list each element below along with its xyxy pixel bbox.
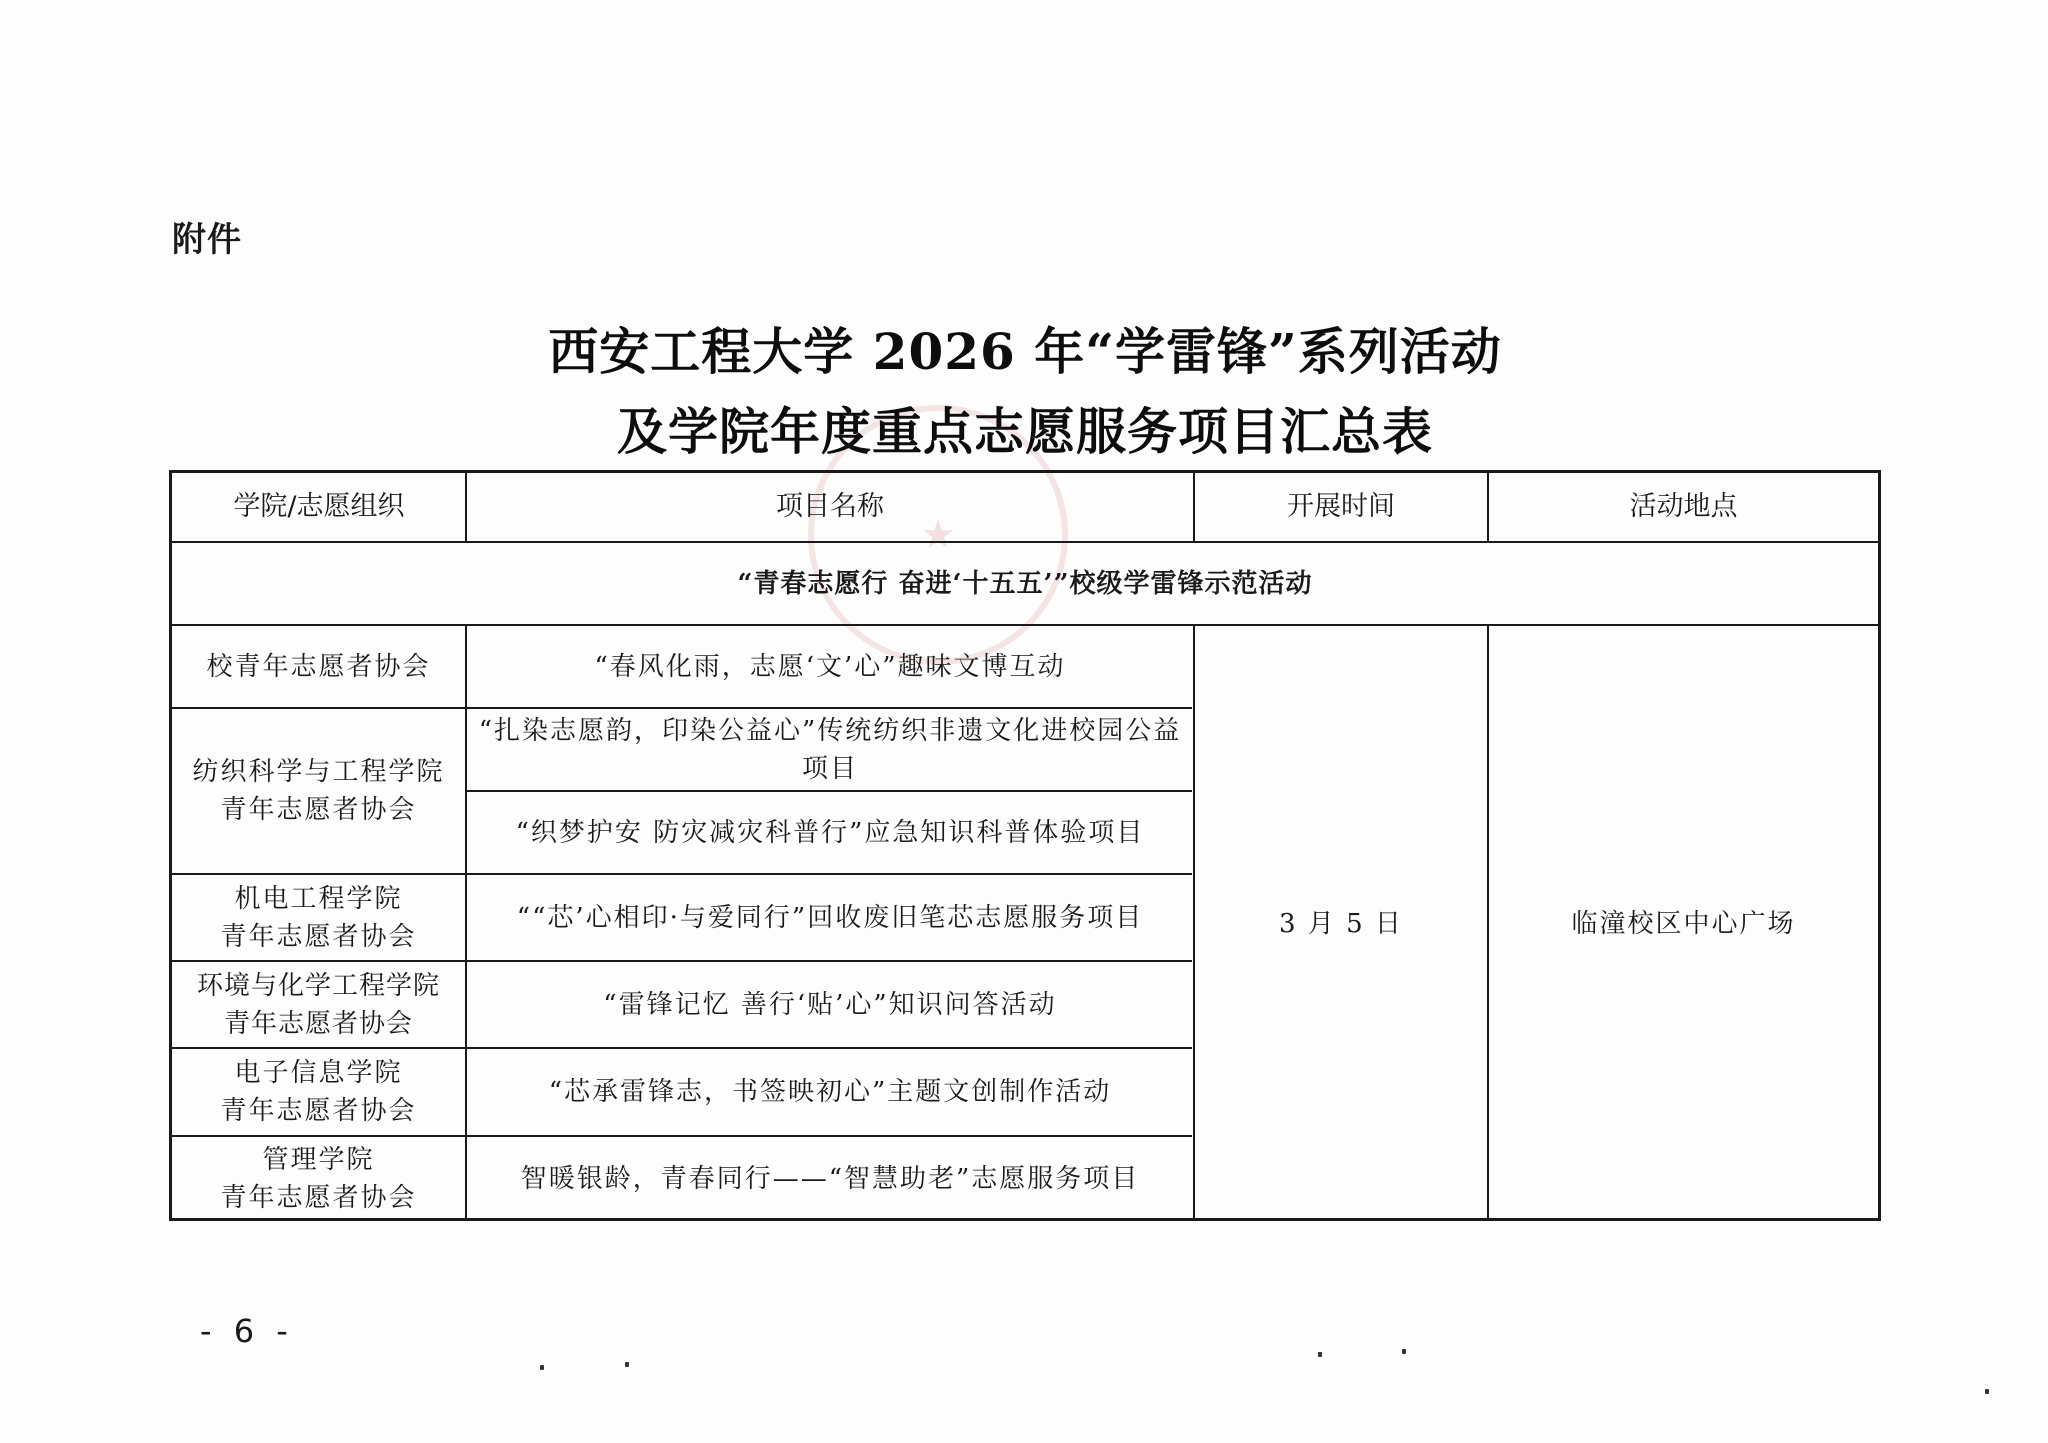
header-date: 开展时间: [1195, 473, 1487, 541]
org-cell: 校青年志愿者协会: [172, 626, 465, 707]
header-location: 活动地点: [1489, 473, 1878, 541]
project-cell: “雷锋记忆 善行‘贴’心”知识问答活动: [467, 962, 1193, 1047]
scan-speck: [1318, 1352, 1322, 1357]
org-cell: 管理学院 青年志愿者协会: [172, 1137, 465, 1221]
project-cell: 智暖银龄，青春同行——“智慧助老”志愿服务项目: [467, 1137, 1193, 1221]
page-number: - 6 -: [200, 1312, 294, 1350]
org-cell: 机电工程学院 青年志愿者协会: [172, 875, 465, 960]
project-cell: “春风化雨，志愿‘文’心”趣味文博互动: [467, 626, 1193, 707]
project-cell: “扎染志愿韵，印染公益心”传统纺织非遗文化进校园公益项目: [467, 709, 1193, 790]
summary-table: 学院/志愿组织 项目名称 开展时间 活动地点 “青春志愿行 奋进‘十五五’”校级…: [169, 470, 1881, 1221]
section-banner: “青春志愿行 奋进‘十五五’”校级学雷锋示范活动: [172, 543, 1878, 624]
scan-speck: [625, 1362, 629, 1367]
date-cell-merged: 3 月 5 日: [1195, 626, 1487, 1221]
org-cell: 电子信息学院 青年志愿者协会: [172, 1049, 465, 1135]
org-cell: 环境与化学工程学院 青年志愿者协会: [172, 962, 465, 1047]
project-cell: ““芯’心相印·与爱同行”回收废旧笔芯志愿服务项目: [467, 875, 1193, 960]
document-page: 附件 ★ 西安工程大学 2026 年“学雷锋”系列活动 及学院年度重点志愿服务项…: [0, 0, 2048, 1443]
project-cell: “织梦护安 防灾减灾科普行”应急知识科普体验项目: [467, 792, 1193, 873]
document-title-line-1: 西安工程大学 2026 年“学雷锋”系列活动: [0, 312, 2048, 384]
scan-speck: [1985, 1389, 1989, 1394]
scan-speck: [540, 1365, 544, 1370]
header-organization: 学院/志愿组织: [172, 473, 466, 541]
header-project-name: 项目名称: [467, 473, 1193, 541]
document-title-line-2: 及学院年度重点志愿服务项目汇总表: [0, 392, 2048, 464]
org-cell: 纺织科学与工程学院 青年志愿者协会: [172, 709, 465, 873]
location-cell-merged: 临潼校区中心广场: [1489, 626, 1878, 1221]
scan-speck: [1402, 1349, 1406, 1354]
project-cell: “芯承雷锋志，书签映初心”主题文创制作活动: [467, 1049, 1193, 1135]
attachment-label: 附件: [172, 212, 242, 261]
